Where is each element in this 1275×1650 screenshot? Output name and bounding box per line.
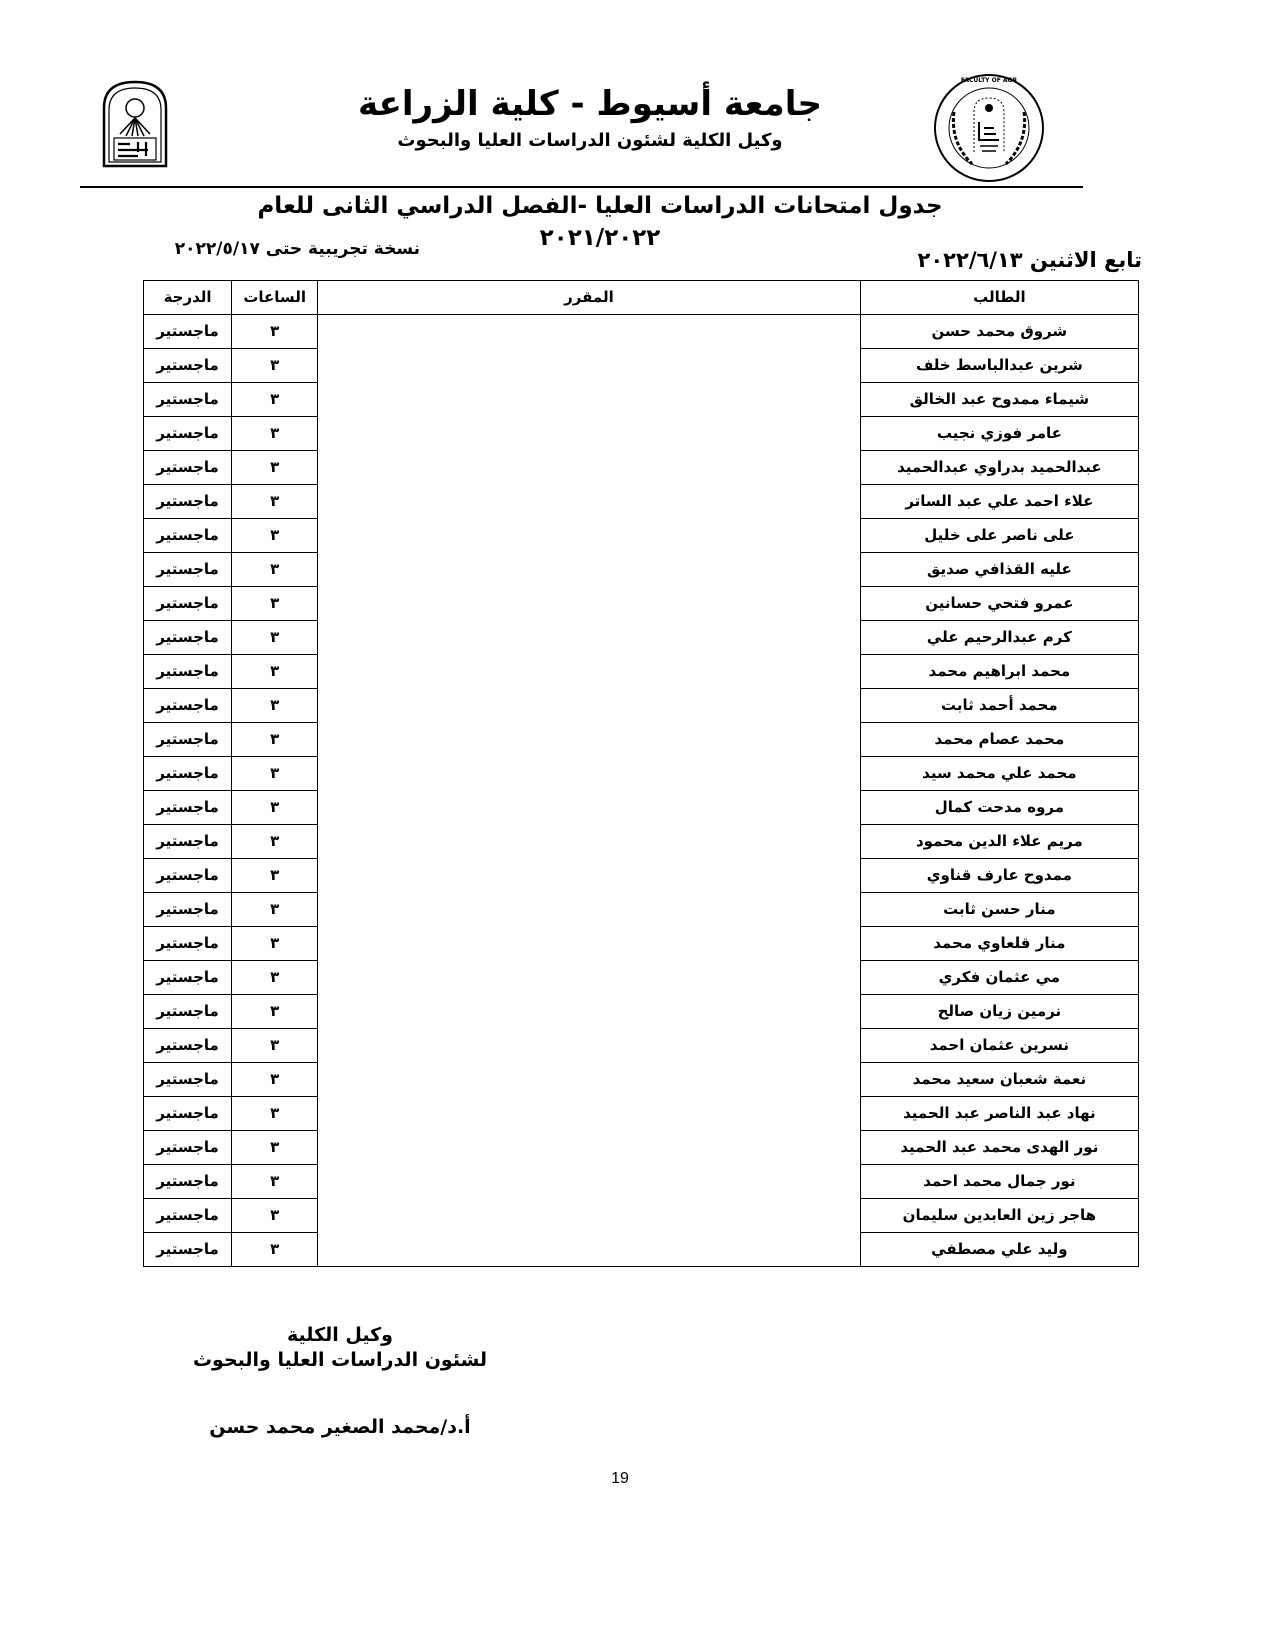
signature-title: وكيل الكلية: [130, 1322, 550, 1349]
student-name-cell: على ناصر على خليل: [860, 519, 1138, 553]
hours-cell: ٣: [232, 485, 318, 519]
student-name-cell: ممدوح عارف قناوي: [860, 859, 1138, 893]
student-name-cell: نرمين زيان صالح: [860, 995, 1138, 1029]
student-name-cell: عمرو فتحي حسانين: [860, 587, 1138, 621]
degree-cell: ماجستير: [144, 791, 232, 825]
degree-cell: ماجستير: [144, 1063, 232, 1097]
degree-cell: ماجستير: [144, 825, 232, 859]
degree-cell: ماجستير: [144, 519, 232, 553]
page-number: 19: [580, 1470, 660, 1488]
hours-cell: ٣: [232, 757, 318, 791]
hours-cell: ٣: [232, 587, 318, 621]
hours-cell: ٣: [232, 859, 318, 893]
hours-cell: ٣: [232, 315, 318, 349]
draft-note: نسخة تجريبية حتى ٢٠٢٢/٥/١٧: [110, 236, 420, 262]
degree-cell: ماجستير: [144, 961, 232, 995]
hours-cell: ٣: [232, 1063, 318, 1097]
hours-cell: ٣: [232, 995, 318, 1029]
student-name-cell: كرم عبدالرحيم علي: [860, 621, 1138, 655]
student-name-cell: شيماء ممدوح عبد الخالق: [860, 383, 1138, 417]
hours-cell: ٣: [232, 723, 318, 757]
student-name-cell: محمد ابراهيم محمد: [860, 655, 1138, 689]
hours-cell: ٣: [232, 961, 318, 995]
hours-cell: ٣: [232, 893, 318, 927]
hours-cell: ٣: [232, 1131, 318, 1165]
degree-cell: ماجستير: [144, 723, 232, 757]
svg-text:FACULTY OF AGR: FACULTY OF AGR: [961, 77, 1018, 84]
student-name-cell: عبدالحميد بدراوي عبدالحميد: [860, 451, 1138, 485]
exam-day-label: تابع الاثنين ٢٠٢٢/٦/١٣: [880, 245, 1142, 275]
degree-cell: ماجستير: [144, 485, 232, 519]
degree-cell: ماجستير: [144, 621, 232, 655]
student-name-cell: شروق محمد حسن: [860, 315, 1138, 349]
student-name-cell: عامر فوزي نجيب: [860, 417, 1138, 451]
header-student: الطالب: [860, 281, 1138, 315]
header-degree: الدرجة: [144, 281, 232, 315]
hours-cell: ٣: [232, 1029, 318, 1063]
degree-cell: ماجستير: [144, 1165, 232, 1199]
degree-cell: ماجستير: [144, 349, 232, 383]
student-name-cell: محمد علي محمد سيد: [860, 757, 1138, 791]
hours-cell: ٣: [232, 451, 318, 485]
signature-name: أ.د/محمد الصغير محمد حسن: [130, 1412, 550, 1442]
header-course: المقرر: [318, 281, 861, 315]
hours-cell: ٣: [232, 383, 318, 417]
degree-cell: ماجستير: [144, 451, 232, 485]
hours-cell: ٣: [232, 825, 318, 859]
vice-dean-subtitle: وكيل الكلية لشئون الدراسات العليا والبحو…: [300, 128, 880, 154]
hours-cell: ٣: [232, 553, 318, 587]
degree-cell: ماجستير: [144, 1097, 232, 1131]
degree-cell: ماجستير: [144, 587, 232, 621]
hours-cell: ٣: [232, 1199, 318, 1233]
degree-cell: ماجستير: [144, 553, 232, 587]
degree-cell: ماجستير: [144, 927, 232, 961]
hours-cell: ٣: [232, 1097, 318, 1131]
student-name-cell: منار قلعاوي محمد: [860, 927, 1138, 961]
student-name-cell: عليه القذافي صديق: [860, 553, 1138, 587]
degree-cell: ماجستير: [144, 757, 232, 791]
student-name-cell: محمد أحمد ثابت: [860, 689, 1138, 723]
degree-cell: ماجستير: [144, 995, 232, 1029]
course-cell-merged: [318, 315, 861, 1267]
hours-cell: ٣: [232, 791, 318, 825]
student-name-cell: مريم علاء الدين محمود: [860, 825, 1138, 859]
hours-cell: ٣: [232, 519, 318, 553]
university-title: جامعة أسيوط - كلية الزراعة: [300, 82, 880, 126]
degree-cell: ماجستير: [144, 383, 232, 417]
student-name-cell: شرين عبدالباسط خلف: [860, 349, 1138, 383]
student-name-cell: نور الهدى محمد عبد الحميد: [860, 1131, 1138, 1165]
degree-cell: ماجستير: [144, 1233, 232, 1267]
student-name-cell: مروه مدحت كمال: [860, 791, 1138, 825]
student-name-cell: نهاد عبد الناصر عبد الحميد: [860, 1097, 1138, 1131]
degree-cell: ماجستير: [144, 1131, 232, 1165]
hours-cell: ٣: [232, 1233, 318, 1267]
header-hours: الساعات: [232, 281, 318, 315]
student-name-cell: هاجر زين العابدين سليمان: [860, 1199, 1138, 1233]
hours-cell: ٣: [232, 655, 318, 689]
hours-cell: ٣: [232, 621, 318, 655]
degree-cell: ماجستير: [144, 655, 232, 689]
student-name-cell: مي عثمان فكري: [860, 961, 1138, 995]
hours-cell: ٣: [232, 349, 318, 383]
table-row: شروق محمد حسن٣ماجستير: [144, 315, 1139, 349]
student-name-cell: وليد علي مصطفي: [860, 1233, 1138, 1267]
degree-cell: ماجستير: [144, 1199, 232, 1233]
header-divider: [80, 186, 1083, 188]
degree-cell: ماجستير: [144, 859, 232, 893]
faculty-of-agriculture-seal-icon: FACULTY OF AGR: [932, 72, 1047, 184]
student-name-cell: محمد عصام محمد: [860, 723, 1138, 757]
table-header-row: الطالب المقرر الساعات الدرجة: [144, 281, 1139, 315]
degree-cell: ماجستير: [144, 893, 232, 927]
degree-cell: ماجستير: [144, 1029, 232, 1063]
degree-cell: ماجستير: [144, 417, 232, 451]
hours-cell: ٣: [232, 927, 318, 961]
student-name-cell: نور جمال محمد احمد: [860, 1165, 1138, 1199]
hours-cell: ٣: [232, 417, 318, 451]
hours-cell: ٣: [232, 1165, 318, 1199]
signature-department: لشئون الدراسات العليا والبحوث: [130, 1347, 550, 1374]
student-name-cell: منار حسن ثابت: [860, 893, 1138, 927]
hours-cell: ٣: [232, 689, 318, 723]
student-name-cell: علاء احمد علي عبد الساتر: [860, 485, 1138, 519]
degree-cell: ماجستير: [144, 689, 232, 723]
exam-schedule-table: الطالب المقرر الساعات الدرجة شروق محمد ح…: [143, 280, 1139, 1267]
table-body: شروق محمد حسن٣ماجستيرشرين عبدالباسط خلف٣…: [144, 315, 1139, 1267]
degree-cell: ماجستير: [144, 315, 232, 349]
student-name-cell: نسرين عثمان احمد: [860, 1029, 1138, 1063]
student-name-cell: نعمة شعبان سعيد محمد: [860, 1063, 1138, 1097]
assiut-university-logo-icon: [100, 78, 170, 168]
